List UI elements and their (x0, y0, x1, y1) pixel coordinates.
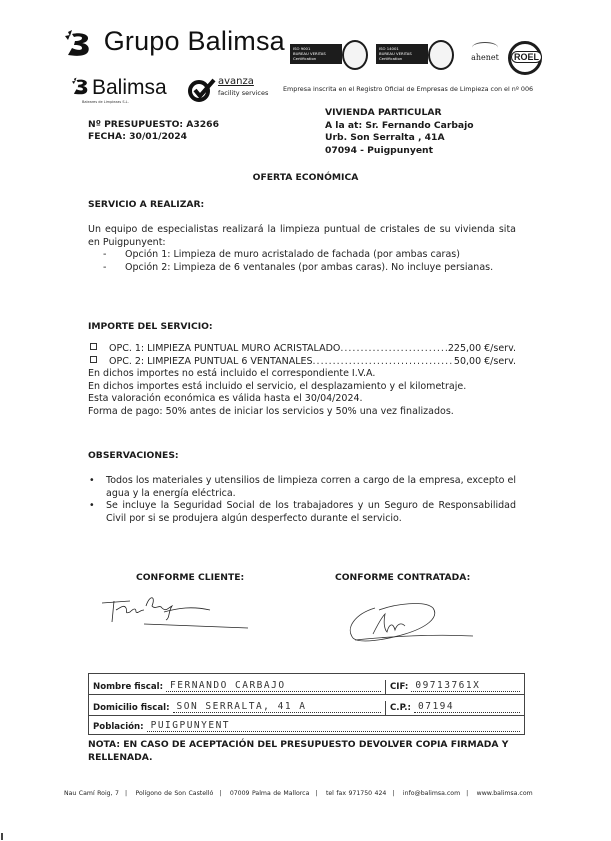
option-checkbox[interactable] (90, 343, 97, 350)
footer-contact: Nau Camí Roig, 7| Polígono de Son Castel… (64, 790, 533, 797)
bureau-veritas-seal-icon (342, 40, 368, 70)
service-title: SERVICIO A REALIZAR: (88, 199, 204, 210)
quote-meta: Nº PRESUPUESTO: A3266 FECHA: 30/01/2024 (88, 119, 219, 143)
quote-number-label: Nº PRESUPUESTO: (88, 119, 183, 130)
service-intro: Un equipo de especialistas realizará la … (88, 224, 516, 249)
fiscal-city-cell: Población: PUIGPUNYENT (89, 720, 524, 734)
pricing-title: IMPORTE DEL SERVICIO: (88, 321, 213, 332)
grupo-balimsa-logo: Grupo Balimsa (62, 26, 285, 58)
footer-industrial-estate: Polígono de Son Castelló (136, 790, 214, 797)
recipient-city: 07094 - Puigpunyent (325, 145, 474, 158)
footer-phone: tel fax 971750 424 (326, 790, 386, 797)
fiscal-row-name: Nombre fiscal: FERNANDO CARBAJO CIF: 097… (89, 674, 524, 695)
fiscal-city-field[interactable]: PUIGPUNYENT (147, 720, 520, 732)
ahenet-logo: ahenet ​ (468, 42, 502, 65)
fiscal-name-label: Nombre fiscal: (93, 682, 163, 692)
fiscal-cp-field[interactable]: 07194 (414, 701, 520, 713)
ahenet-arc-icon (472, 42, 498, 53)
pricing-note: En dichos importes está incluido el serv… (88, 381, 516, 394)
service-options: Opción 1: Limpieza de muro acristalado d… (88, 249, 516, 274)
cert-label: Certification (293, 56, 339, 61)
price-item-label: OPC. 2: LIMPIEZA PUNTUAL 6 VENTANALES (109, 356, 313, 369)
service-option: Opción 1: Limpieza de muro acristalado d… (88, 249, 516, 262)
balimsa-b-logo-icon (62, 28, 96, 58)
fiscal-cp-label: C.P.: (390, 703, 411, 713)
fiscal-city-label: Población: (93, 722, 144, 732)
quote-date-label: FECHA: (88, 131, 126, 142)
price-item-label: OPC. 1: LIMPIEZA PUNTUAL MURO ACRISTALAD… (109, 343, 340, 356)
ahenet-name: ahenet (468, 53, 502, 62)
fiscal-cif-cell: CIF: 09713761X (385, 680, 524, 694)
fiscal-row-city: Población: PUIGPUNYENT (89, 716, 524, 734)
fiscal-address-label: Domicilio fiscal: (93, 703, 170, 713)
avanza-check-icon (188, 78, 216, 102)
brand-sub-name: Balimsa (92, 76, 167, 99)
price-item-2: OPC. 2: LIMPIEZA PUNTUAL 6 VENTANALES ..… (88, 356, 516, 369)
footer-separator: | (219, 790, 221, 797)
footer-email[interactable]: info@balimsa.com (403, 790, 460, 797)
brand-sub-tagline: Baleares de Limpiezas S.L. (82, 100, 129, 104)
fiscal-address-field[interactable]: SON SERRALTA, 41 A (173, 701, 381, 713)
iso-14001-badge: ISO 14001 BUREAU VERITAS Certification (376, 44, 428, 64)
fiscal-row-address: Domicilio fiscal: SON SERRALTA, 41 A C.P… (89, 695, 524, 716)
recipient-address: Urb. Son Serralta , 41A (325, 132, 474, 145)
footer-website[interactable]: www.balimsa.com (477, 790, 533, 797)
quote-date-line: FECHA: 30/01/2024 (88, 131, 219, 143)
observations-title: OBSERVACIONES: (88, 450, 179, 461)
registry-note: Empresa inscrita en el Registro Oficial … (283, 85, 533, 93)
observation-item: Todos los materiales y utensilios de lim… (88, 475, 516, 500)
dot-leader: ........................................… (340, 343, 448, 356)
offer-title: OFERTA ECONÓMICA (0, 172, 611, 183)
fiscal-address-cell: Domicilio fiscal: SON SERRALTA, 41 A (89, 701, 385, 715)
footer-separator: | (125, 790, 127, 797)
recipient-type: VIVIENDA PARTICULAR (325, 107, 474, 120)
option-checkbox[interactable] (90, 356, 97, 363)
roel-logo: ROEL (508, 41, 542, 75)
service-option: Opción 2: Limpieza de 6 ventanales (por … (88, 262, 516, 275)
quote-number: A3266 (186, 119, 219, 130)
pricing-note: En dichos importes no está incluido el c… (88, 368, 516, 381)
pricing-note: Forma de pago: 50% antes de iniciar los … (88, 406, 516, 419)
balimsa-small-logo-icon (70, 76, 92, 96)
pricing-note: Esta valoración económica es válida hast… (88, 393, 516, 406)
price-item-price: 50,00 €/serv. (454, 356, 516, 369)
footer-address: Nau Camí Roig, 7 (64, 790, 119, 797)
scan-edge-mark (1, 833, 3, 840)
roel-name: ROEL (511, 51, 542, 63)
avanza-name: avanza (218, 76, 254, 87)
observations-list: Todos los materiales y utensilios de lim… (88, 475, 516, 525)
cert-label: Certification (379, 56, 425, 61)
client-signature-icon (100, 590, 250, 630)
iso-9001-badge: ISO 9001 BUREAU VERITAS Certification (290, 44, 342, 64)
bureau-veritas-seal-icon (428, 40, 454, 70)
client-signature-label: CONFORME CLIENTE: (136, 572, 244, 583)
footer-separator: | (466, 790, 468, 797)
acceptance-note: NOTA: EN CASO DE ACEPTACIÓN DEL PRESUPUE… (88, 738, 528, 764)
service-description: Un equipo de especialistas realizará la … (88, 224, 516, 274)
fiscal-cp-cell: C.P.: 07194 (385, 701, 524, 715)
footer-city: 07009 Palma de Mallorca (230, 790, 310, 797)
fiscal-data-form: Nombre fiscal: FERNANDO CARBAJO CIF: 097… (88, 673, 525, 735)
quote-date: 30/01/2024 (129, 131, 187, 142)
pricing-block: OPC. 1: LIMPIEZA PUNTUAL MURO ACRISTALAD… (88, 343, 516, 418)
ahenet-subtext: ​ (468, 62, 502, 65)
contractor-signature-icon (345, 600, 475, 645)
fiscal-cif-field[interactable]: 09713761X (411, 680, 520, 692)
recipient-attention: A la at: Sr. Fernando Carbajo (325, 120, 474, 133)
fiscal-cif-label: CIF: (390, 682, 408, 692)
balimsa-logo: Balimsa (70, 76, 167, 100)
avanza-tagline: facility services (218, 89, 268, 97)
contractor-signature-label: CONFORME CONTRATADA: (335, 572, 470, 583)
fiscal-name-cell: Nombre fiscal: FERNANDO CARBAJO (89, 680, 385, 694)
observation-item: Se incluye la Seguridad Social de los tr… (88, 500, 516, 525)
brand-main-name: Grupo Balimsa (104, 26, 285, 56)
quote-number-line: Nº PRESUPUESTO: A3266 (88, 119, 219, 131)
dot-leader: ........................................… (313, 356, 454, 369)
price-item-price: 225,00 €/serv. (448, 343, 516, 356)
footer-separator: | (392, 790, 394, 797)
price-item-1: OPC. 1: LIMPIEZA PUNTUAL MURO ACRISTALAD… (88, 343, 516, 356)
footer-separator: | (315, 790, 317, 797)
observations-block: Todos los materiales y utensilios de lim… (88, 475, 516, 525)
fiscal-name-field[interactable]: FERNANDO CARBAJO (166, 680, 381, 692)
recipient-block: VIVIENDA PARTICULAR A la at: Sr. Fernand… (325, 107, 474, 157)
